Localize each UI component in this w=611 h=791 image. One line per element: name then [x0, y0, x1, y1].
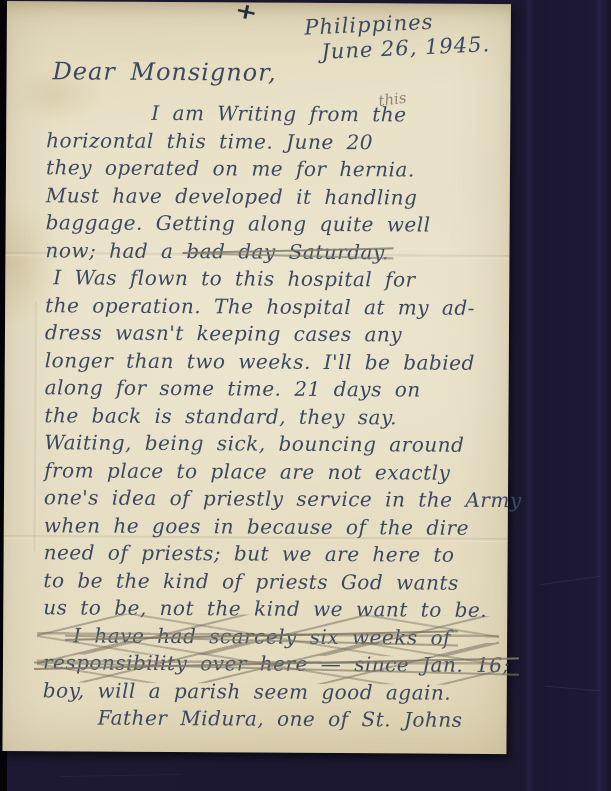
dateline: Philippines June 26, 1945.	[304, 7, 491, 64]
letter-line: dress wasn't keeping cases any	[45, 319, 499, 349]
line-text: Waiting, being sick, bouncing around	[44, 430, 464, 457]
line-text: I Was flown to this hospital for	[53, 265, 415, 291]
line-text: from place to place are not exactly	[44, 458, 450, 484]
letter-line: baggage. Getting along quite well	[46, 209, 500, 239]
struck-text: I have had scarcely six weeks of	[73, 622, 451, 652]
letter-body: I am Writing from the this horizontal th…	[43, 99, 501, 734]
line-text: to be the kind of priests God wants	[43, 568, 458, 595]
letter-line: boy, will a parish seem good again.	[43, 677, 497, 707]
letter-line: Waiting, being sick, bouncing around	[44, 429, 498, 459]
letter-line: to be the kind of priests God wants	[43, 567, 497, 597]
ink-cross-mark: +	[233, 0, 260, 26]
letter-line: horizontal this time. June 20	[46, 127, 500, 157]
letter-line-crossed-out: I have had scarcely six weeks of	[43, 622, 497, 652]
letter-line: from place to place are not exactly	[44, 457, 498, 487]
letter-line: one's idea of priestly service in the Ar…	[44, 484, 498, 514]
letter-line: I am Writing from the this	[46, 99, 500, 129]
line-text: I am Writing	[151, 101, 296, 126]
line-text: need of priests; but we are here to	[44, 540, 455, 567]
letter-line: the operation. The hospital at my ad-	[45, 292, 499, 322]
line-text: boy, will a parish seem good again.	[43, 678, 452, 704]
letter-line: along for some time. 21 days on	[45, 374, 499, 404]
line-text: longer than two weeks. I'll be babied	[45, 348, 475, 375]
letter-line: the back is standard, they say.	[44, 402, 498, 432]
struck-text: responsibility over here — since Jan. 16…	[43, 649, 510, 679]
line-text: horizontal this time. June 20	[46, 128, 373, 154]
scan-scratch	[545, 686, 600, 692]
letter-line: Father Midura, one of St. Johns	[43, 704, 497, 734]
struck-text: bad day Saturday.	[186, 238, 389, 267]
line-text: the back is standard, they say.	[44, 403, 397, 429]
scan-scratch	[540, 576, 600, 585]
letter-line: when he goes in because of the dire	[44, 512, 498, 542]
line-text: they operated on me for hernia.	[46, 155, 415, 181]
scan-scratch	[60, 774, 180, 777]
letter-line: they operated on me for hernia.	[46, 154, 500, 184]
letter-line: I Was flown to this hospital for	[45, 264, 499, 294]
line-text: Must have developed it handling	[46, 183, 418, 209]
pencil-insertion: this	[377, 85, 409, 116]
fold-crease	[34, 301, 40, 551]
line-text: Father Midura, one of St. Johns	[98, 706, 463, 732]
letter-paper: + Philippines June 26, 1945. Dear Monsig…	[2, 1, 511, 754]
line-text: dress wasn't keeping cases any	[45, 320, 402, 346]
line-text: now; had a	[45, 238, 186, 263]
letter-line: longer than two weeks. I'll be babied	[45, 347, 499, 377]
letter-line: Must have developed it handling	[46, 182, 500, 212]
line-text: the operation. The hospital at my ad-	[45, 293, 475, 320]
line-text: one's idea of priestly service in the Ar…	[44, 485, 522, 512]
scan-background: + Philippines June 26, 1945. Dear Monsig…	[0, 0, 611, 791]
letter-line-crossed-out: responsibility over here — since Jan. 16…	[43, 649, 497, 679]
line-text: us to be, not the kind we want to be.	[43, 595, 487, 622]
line-text: when he goes in because of the dire	[44, 513, 469, 540]
letter-line: need of priests; but we are here to	[44, 539, 498, 569]
salutation: Dear Monsignor,	[52, 57, 276, 86]
line-text: baggage. Getting along quite well	[46, 210, 431, 236]
letter-line: now; had a bad day Saturday.	[45, 237, 499, 267]
letter-line: us to be, not the kind we want to be.	[43, 594, 497, 624]
line-text: along for some time. 21 days on	[45, 375, 421, 401]
